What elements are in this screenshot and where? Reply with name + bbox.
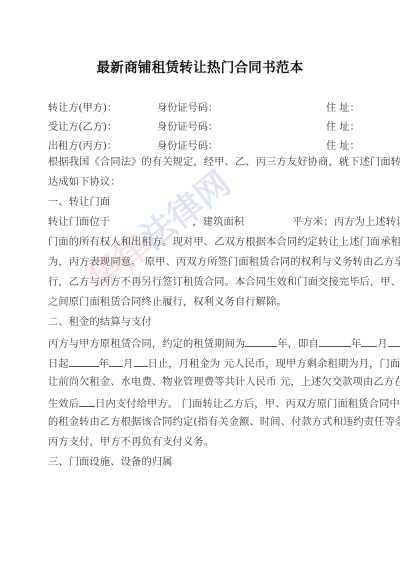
s1-line-3: 为，丙方表现同意。 原甲、丙双方所签门面租赁合同的权利与义务转由乙方享有和履 [48,256,354,270]
blank-field[interactable] [319,336,351,347]
party-role: 出租方(丙方)： [48,137,117,152]
party-address-label: 住 址： [326,99,360,114]
text: 平方米；丙方为上述转让 [292,217,400,228]
text: 年，即自 [277,339,319,350]
text: 日止，月租金为 元人民币，现甲方剩余租期为月，门面转 [148,359,400,370]
blank-field[interactable] [79,396,95,407]
section-heading-1: 一、转让门面 [48,196,354,210]
party-address-label: 住 址： [326,137,360,152]
party-id-label: 身份证号码： [157,118,218,133]
section-heading-3: 三、门面设施、设备的归属 [48,456,354,470]
s2-line-2: 日起年月日止，月租金为 元人民币，现甲方剩余租期为月，门面转 [48,356,354,372]
document-page: 华律法律网 最新商铺租赁转让热门合同书范本 转让方(甲方)： 身份证号码： 住 … [0,0,400,565]
text: 年 [99,359,109,370]
s2-line-3: 让前尚欠租金、水电费、物业管理费等共计人民币 元，上述欠交款项由乙方在本合同 [48,376,354,390]
text: 转让门面位于 [48,217,110,228]
party-address-label: 住 址： [326,118,360,133]
blank-field[interactable] [361,336,377,347]
party-id-label: 身份证号码： [157,137,218,152]
s2-line-6: 丙方支付，甲方不再负有支付义务。 [48,436,354,450]
intro-line-1: 根据我国《合同法》的有关规定，经甲、乙、丙三方友好协商，就下述门面转让事宜 [48,156,354,170]
party-role: 转让方(甲方)： [48,99,117,114]
s1-line-5: 之间原门面租赁合同终止履行，权利义务自行解除。 [48,296,354,310]
text: 丙方与甲方原租赁合同，约定的租赁期间为 [48,339,245,350]
text: 日内支付给甲方。 门面转让乙方后，甲、丙双方原门面租赁合同中所约定 [95,399,400,410]
blank-field[interactable] [69,356,99,367]
party-role: 受让方(乙方)： [48,118,117,133]
text: 日起 [48,359,69,370]
s1-line-1: 转让门面位于，建筑面积平方米；丙方为上述转让 [48,216,354,230]
intro-line-2: 达成如下协议： [48,176,354,190]
text: 月 [377,339,387,350]
text: 年 [351,339,361,350]
blank-field[interactable] [109,356,123,367]
blank-field[interactable] [134,356,148,367]
document-title: 最新商铺租赁转让热门合同书范本 [0,56,400,76]
text: 生效后 [48,399,79,410]
s2-line-4: 生效后日内支付给甲方。 门面转让乙方后，甲、丙双方原门面租赁合同中所约定 [48,396,354,412]
text: ，建筑面积 [192,217,244,228]
blank-field[interactable] [388,336,400,347]
blank-field[interactable] [245,336,277,347]
s2-line-5: 的租金转由乙方根据该合同约定(指有关金额、时间、付款方式和违约责任等条款)向 [48,416,354,430]
s1-line-4: 行，乙方与丙方不再另行签订租赁合同。本合同生效和门面交接完毕后，甲、丙双方 [48,276,354,290]
section-heading-2: 二、租金的结算与支付 [48,316,354,330]
s1-line-2: 门面的所有权人和出租方。现对甲、乙双方根据本合同约定转让上述门面承租权的行 [48,236,354,250]
s2-line-1: 丙方与甲方原租赁合同，约定的租赁期间为年，即自年月 [48,336,354,352]
text: 月 [123,359,133,370]
party-id-label: 身份证号码： [157,99,218,114]
